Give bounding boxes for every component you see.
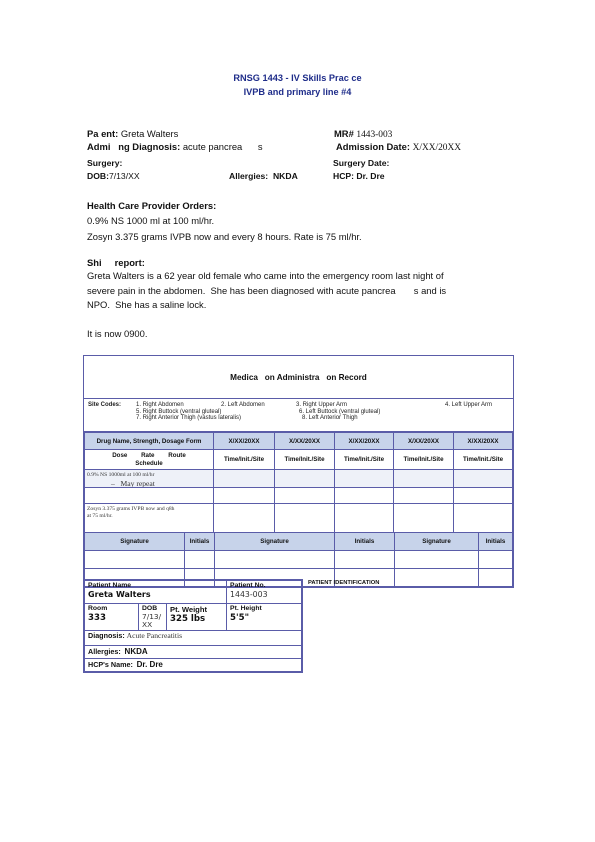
- initials-header: Initials: [479, 533, 513, 551]
- admin-cell[interactable]: [214, 504, 275, 533]
- initials-cell[interactable]: [479, 551, 513, 569]
- dob-label: DOB:: [87, 171, 109, 181]
- mr-label: MR#: [334, 128, 354, 139]
- drug-cell-continued: [85, 488, 214, 504]
- mr-value: 1443-003: [356, 130, 392, 140]
- hcp-label: HCP:: [333, 171, 354, 181]
- patient-value: Greta Walters: [121, 128, 178, 139]
- patient-no-value: 1443-003: [230, 590, 298, 599]
- drug-name: Zosyn 3.375 grams IVPB now and q8h at 75…: [87, 506, 177, 520]
- admitting-dx-label: Admi ng Diagnosis:: [87, 141, 180, 152]
- height-label: Pt. Height: [230, 605, 298, 613]
- site-code-2: 2. Left Abdomen: [221, 402, 265, 409]
- mar-row-ns: 0.9% NS 1000ml at 100 ml/hr – May repeat: [85, 470, 513, 488]
- site-codes-label: Site Codes:: [88, 402, 121, 409]
- initials-cell[interactable]: [335, 551, 395, 569]
- signature-cell[interactable]: [85, 551, 185, 569]
- admin-cell[interactable]: [454, 470, 513, 488]
- signature-cell[interactable]: [395, 551, 479, 569]
- signature-header: Signature: [215, 533, 335, 551]
- weight-label: Pt. Weight: [170, 605, 223, 614]
- allergies-label: Allergies:: [229, 171, 268, 181]
- pid-row-diagnosis: Diagnosis: Acute Pancreatitis: [85, 631, 302, 646]
- order-line-2: Zosyn 3.375 grams IVPB now and every 8 h…: [87, 231, 362, 243]
- medication-administration-record: Medica on Administra on Record Site Code…: [83, 355, 514, 588]
- mr-field: MR# 1443-003: [334, 128, 392, 141]
- admin-cell[interactable]: [394, 504, 454, 533]
- time-header: Time/Init./Site: [335, 450, 394, 470]
- height-value: 5'5": [230, 613, 298, 623]
- drug-column-header: Drug Name, Strength, Dosage Form: [85, 433, 214, 450]
- mar-subheader-row: Dose Rate Route Schedule Time/Init./Site…: [85, 450, 513, 470]
- site-codes: Site Codes: 1. Right Abdomen 2. Left Abd…: [84, 399, 513, 432]
- patient-no-label: Patient No.: [230, 582, 298, 590]
- shift-report-line-1: Greta Walters is a 62 year old female wh…: [87, 270, 444, 282]
- signature-cell[interactable]: [395, 569, 479, 587]
- document-title-line2: IVPB and primary line #4: [0, 87, 595, 97]
- diagnosis-label: Diagnosis:: [88, 631, 125, 640]
- admission-date-value: X/XX/20XX: [413, 143, 461, 153]
- hcp-cell: HCP's Name: Dr. Dre: [85, 659, 302, 672]
- allergies-value: NKDA: [125, 647, 148, 656]
- dob-value: 7/13/XX: [142, 613, 163, 629]
- mar-row-ns-continued: [85, 488, 513, 504]
- pid-row-allergies: Allergies: NKDA: [85, 646, 302, 659]
- height-cell: Pt. Height 5'5": [227, 604, 302, 631]
- hcp-value: Dr. Dre: [137, 660, 163, 669]
- patient-name-value: Greta Walters: [88, 590, 223, 600]
- signature-cell[interactable]: [215, 551, 335, 569]
- initials-cell[interactable]: [185, 551, 215, 569]
- time-header: Time/Init./Site: [275, 450, 335, 470]
- admission-date-label: Admission Date:: [336, 141, 410, 152]
- admin-cell[interactable]: [275, 488, 335, 504]
- site-code-7: 7. Right Anterior Thigh (vastus laterali…: [136, 415, 241, 422]
- patient-id-block: Patient Name Greta Walters Patient No. 1…: [83, 579, 303, 673]
- admin-cell[interactable]: [214, 488, 275, 504]
- order-line-1: 0.9% NS 1000 ml at 100 ml/hr.: [87, 215, 214, 227]
- dob-cell: DOB 7/13/XX: [139, 604, 167, 631]
- initials-cell[interactable]: [479, 569, 513, 587]
- site-code-8: 8. Left Anterior Thigh: [302, 415, 358, 422]
- patient-field: Pa ent: Greta Walters: [87, 128, 178, 140]
- room-value: 333: [88, 613, 135, 623]
- mar-row-zosyn: Zosyn 3.375 grams IVPB now and q8h at 75…: [85, 504, 513, 533]
- admitting-dx-value: acute pancrea s: [183, 141, 263, 152]
- admission-date-field: Admission Date: X/XX/20XX: [336, 141, 461, 154]
- date-header: X/XX/20XX: [335, 433, 394, 450]
- signature-row: [85, 551, 513, 569]
- initials-header: Initials: [335, 533, 395, 551]
- weight-value: 325 lbs: [170, 614, 223, 624]
- shift-report-heading: Shi report:: [87, 257, 145, 269]
- pid-row-hcp: HCP's Name: Dr. Dre: [85, 659, 302, 672]
- admin-cell[interactable]: [454, 488, 513, 504]
- admin-cell[interactable]: [394, 470, 454, 488]
- drug-cell: 0.9% NS 1000ml at 100 ml/hr – May repeat: [85, 470, 214, 488]
- diagnosis-cell: Diagnosis: Acute Pancreatitis: [85, 631, 302, 646]
- admin-cell[interactable]: [394, 488, 454, 504]
- weight-cell: Pt. Weight 325 lbs: [167, 604, 227, 631]
- admitting-dx-field: Admi ng Diagnosis: acute pancrea s: [87, 141, 263, 153]
- hcp-value: Dr. Dre: [356, 171, 384, 181]
- drug-cell: Zosyn 3.375 grams IVPB now and q8h at 75…: [85, 504, 214, 533]
- pid-row-name: Patient Name Greta Walters Patient No. 1…: [85, 581, 302, 604]
- time-header: Time/Init./Site: [454, 450, 513, 470]
- drug-note: – May repeat: [111, 479, 155, 488]
- allergies-label: Allergies:: [88, 647, 121, 656]
- dob-value: 7/13/XX: [109, 171, 140, 181]
- mar-title-text: Medica on Administra on Record: [230, 373, 367, 382]
- shift-report-line-3: NPO. She has a saline lock.: [87, 299, 206, 311]
- date-header: X/XX/20XX: [214, 433, 275, 450]
- patient-identification-label: PATIENT IDENTIFICATION: [308, 580, 380, 586]
- room-label: Room: [88, 605, 135, 613]
- admin-cell[interactable]: [335, 504, 394, 533]
- signature-header-row: Signature Initials Signature Initials Si…: [85, 533, 513, 551]
- time-header: Time/Init./Site: [394, 450, 454, 470]
- allergies-cell: Allergies: NKDA: [85, 646, 302, 659]
- time-note: It is now 0900.: [87, 328, 147, 340]
- mar-grid: Drug Name, Strength, Dosage Form X/XX/20…: [84, 432, 513, 533]
- time-header: Time/Init./Site: [214, 450, 275, 470]
- patient-label: Pa ent:: [87, 128, 118, 139]
- site-code-4: 4. Left Upper Arm: [445, 402, 492, 409]
- diagnosis-value: Acute Pancreatitis: [127, 631, 182, 640]
- date-header: X/XX/20XX: [394, 433, 454, 450]
- mar-title: Medica on Administra on Record: [84, 356, 513, 399]
- site-code-1: 1. Right Abdomen: [136, 402, 184, 409]
- site-code-3: 3. Right Upper Arm: [296, 402, 347, 409]
- pid-row-details: Room 333 DOB 7/13/XX Pt. Weight 325 lbs …: [85, 604, 302, 631]
- initials-header: Initials: [185, 533, 215, 551]
- hcp-label: HCP's Name:: [88, 660, 133, 669]
- document-title-line1: RNSG 1443 - IV Skills Prac ce: [0, 73, 595, 83]
- surgery-label: Surgery:: [87, 158, 122, 168]
- dob-field: DOB:7/13/XX: [87, 170, 140, 182]
- drug-subheader: Dose Rate Route Schedule: [85, 450, 214, 470]
- shift-report-line-2: severe pain in the abdomen. She has been…: [87, 285, 446, 297]
- admin-cell[interactable]: [214, 470, 275, 488]
- admin-cell[interactable]: [454, 504, 513, 533]
- allergies-value: NKDA: [273, 171, 298, 181]
- orders-heading: Health Care Provider Orders:: [87, 200, 216, 212]
- date-header: X/XX/20XX: [454, 433, 513, 450]
- admin-cell[interactable]: [275, 504, 335, 533]
- admin-cell[interactable]: [275, 470, 335, 488]
- mar-date-header-row: Drug Name, Strength, Dosage Form X/XX/20…: [85, 433, 513, 450]
- patient-no-cell: Patient No. 1443-003: [227, 581, 302, 604]
- patient-name-cell: Patient Name Greta Walters: [85, 581, 227, 604]
- room-cell: Room 333: [85, 604, 139, 631]
- surgery-field: Surgery:: [87, 157, 122, 169]
- signature-header: Signature: [395, 533, 479, 551]
- hcp-field: HCP: Dr. Dre: [333, 170, 385, 182]
- allergies-field: Allergies: NKDA: [229, 170, 298, 182]
- patient-name-label: Patient Name: [88, 582, 223, 590]
- signature-header: Signature: [85, 533, 185, 551]
- surgery-date-label: Surgery Date:: [333, 158, 389, 168]
- admin-cell[interactable]: [335, 488, 394, 504]
- drug-name: 0.9% NS 1000ml at 100 ml/hr: [87, 472, 211, 478]
- surgery-date-field: Surgery Date:: [333, 157, 389, 169]
- date-header: X/XX/20XX: [275, 433, 335, 450]
- admin-cell[interactable]: [335, 470, 394, 488]
